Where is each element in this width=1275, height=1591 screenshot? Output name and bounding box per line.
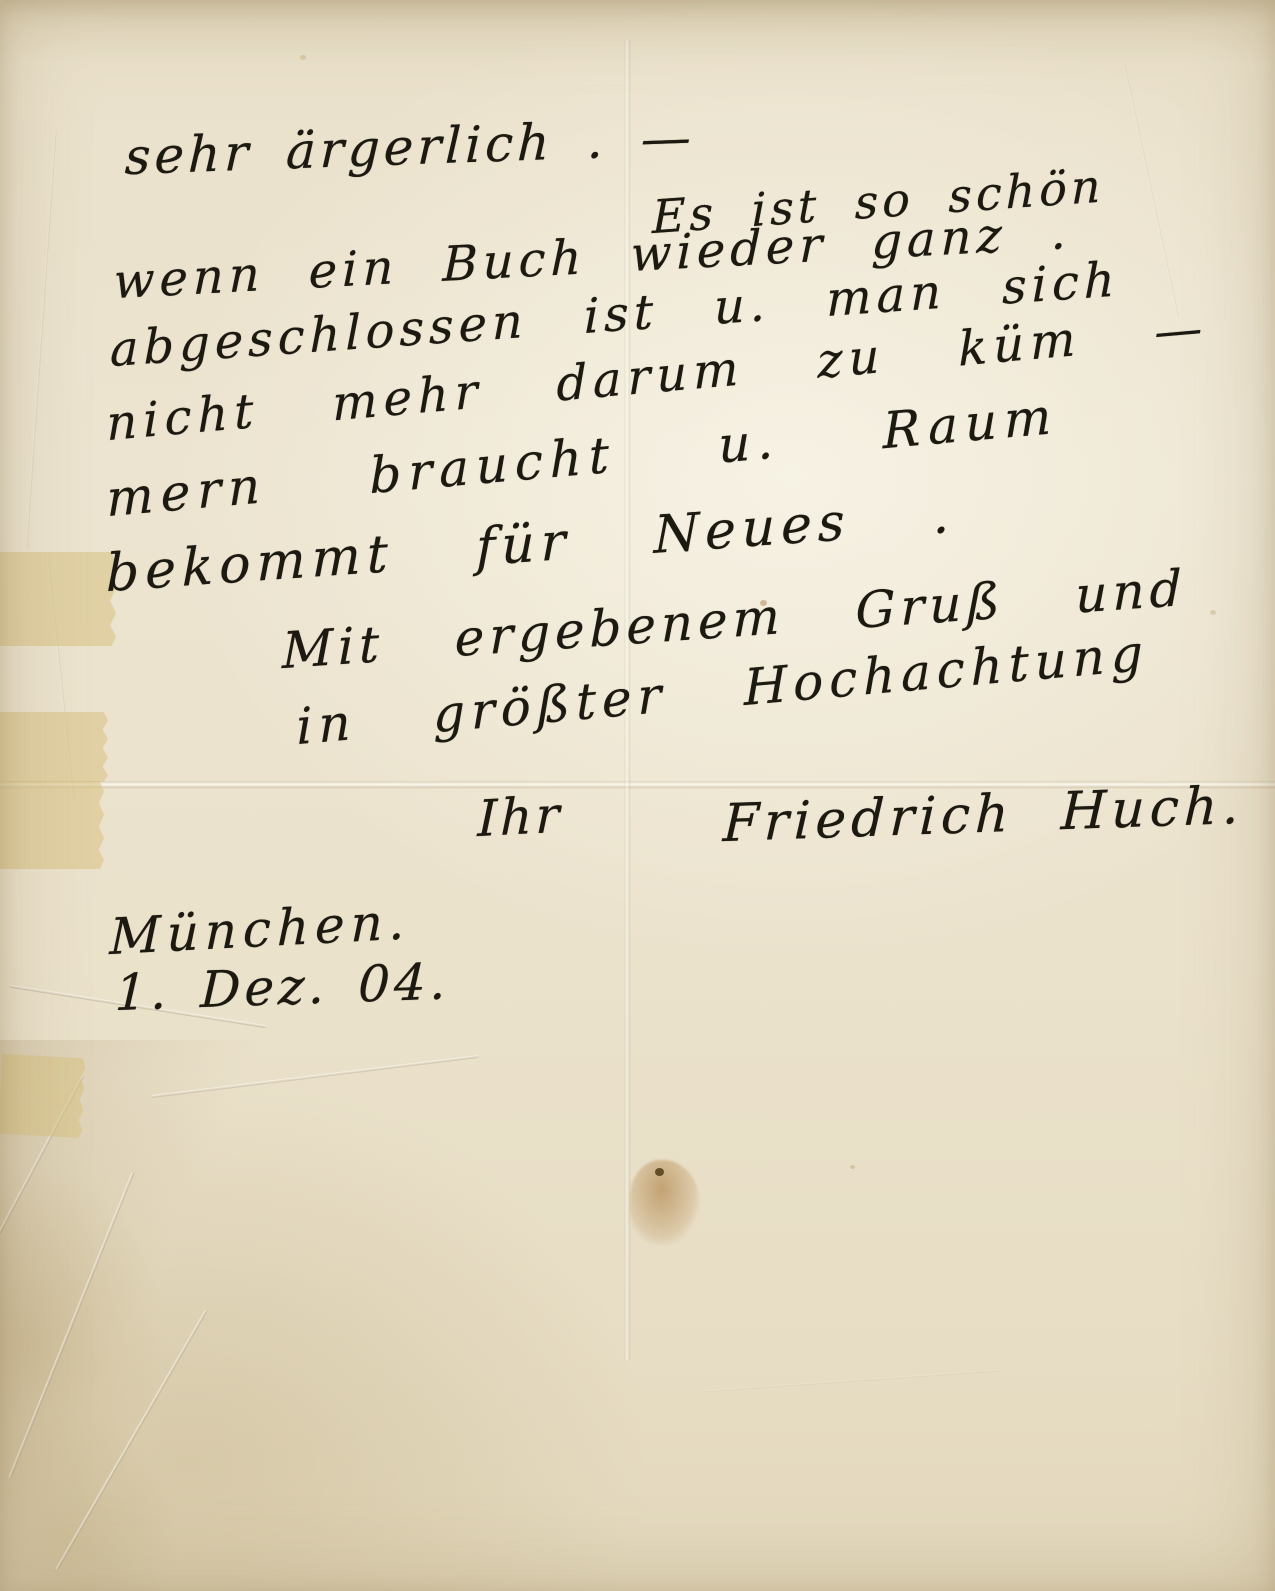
paper-speck [1210,610,1216,615]
tape-mark [0,781,104,869]
ink-speck [655,1168,664,1176]
crease-line [25,130,56,549]
tape-mark [0,1054,86,1138]
date-line: 1. Dez. 04. [114,952,451,1022]
brown-stain [630,1160,700,1245]
crease-line [55,1309,208,1570]
tape-mark [0,712,108,782]
signature-prefix: Ihr [477,786,563,849]
tape-mark [0,552,116,646]
letter-page: sehr ärgerlich . — Es ist so schön wenn … [0,0,1275,1591]
paper-speck [850,1165,855,1169]
crease-line [151,1055,479,1098]
crease-line [700,1370,999,1393]
ink-bleed-through [540,900,1160,1380]
paper-speck [300,55,306,60]
handwriting-line-1: sehr ärgerlich . — [124,108,696,186]
crease-line [1123,63,1179,318]
crease-line [8,1171,134,1478]
